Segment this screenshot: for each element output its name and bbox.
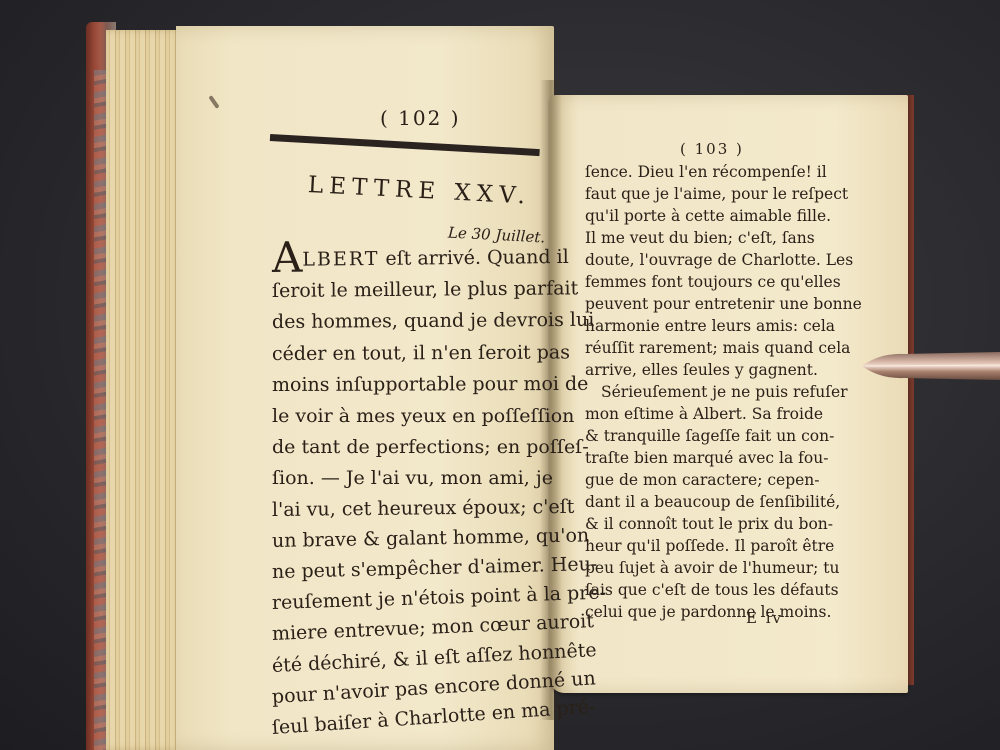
text-line: & il connoît tout le prix du bon- <box>585 513 831 535</box>
right-page-body: ſence. Dieu l'en récompenſe! il faut que… <box>585 161 831 623</box>
left-page-body: ALBERT eſt arrivé. Quand il ſeroit le me… <box>272 245 544 744</box>
first-word-rest: LBERT <box>302 248 379 271</box>
text-line: de tant de perfections; en poſſeſ- <box>272 432 544 463</box>
right-page-number: ( 103 ) <box>680 140 744 158</box>
text-line: traſte bien marqué avec la fou- <box>585 447 831 469</box>
text-line: & tranquille ſageſſe fait un con- <box>585 425 831 447</box>
metal-pointer-icon <box>862 349 1000 383</box>
text-line: ALBERT eſt arrivé. Quand il <box>272 242 544 276</box>
text-line: le voir à mes yeux en poſſeſſion <box>272 401 544 432</box>
text-line: arrive, elles ſeules y gagnent. <box>585 359 831 381</box>
text-line: Il me veut du bien; c'eſt, ſans <box>585 227 831 249</box>
text-line: réuſſit rarement; mais quand cela <box>585 337 831 359</box>
text-line: gue de mon caractere; cepen- <box>585 469 831 491</box>
text-line: ſais que c'eſt de tous les défauts <box>585 579 831 601</box>
text-line: peuvent pour entretenir une bonne <box>585 293 831 315</box>
text-line: mon eſtime à Albert. Sa froide <box>585 403 831 425</box>
text-line: céder en tout, il n'en ſeroit pas <box>272 337 544 370</box>
text-line: faut que je l'aime, pour le reſpect <box>585 183 831 205</box>
text-line: qu'il porte à cette aimable fille. <box>585 205 831 227</box>
photo-scene: ( 102 ) LETTRE XXV. Le 30 Juillet. ALBER… <box>0 0 1000 750</box>
text-line: doute, l'ouvrage de Charlotte. Les <box>585 249 831 271</box>
text-line: celui que je pardonne le moins. <box>585 601 831 623</box>
text-line: l'ai vu, cet heureux époux; c'eſt <box>272 492 544 526</box>
signature-mark: E iv <box>746 609 783 627</box>
text-line: ſion. — Je l'ai vu, mon ami, je <box>272 463 544 494</box>
text-line: moins inſupportable pour moi de <box>272 369 544 401</box>
text-line: peu ſujet à avoir de l'humeur; tu <box>585 557 831 579</box>
drop-cap: A <box>272 233 303 282</box>
text-line: harmonie entre leurs amis: cela <box>585 315 831 337</box>
text-line: des hommes, quand je devrois lui <box>272 306 544 339</box>
text-line: ſeroit le meilleur, le plus parfait <box>272 274 544 308</box>
text-line: heur qu'il poſſede. Il paroît être <box>585 535 831 557</box>
page-block-edges <box>106 30 182 750</box>
text-line: ſence. Dieu l'en récompenſe! il <box>585 161 831 183</box>
text-line: dant il a beaucoup de ſenſibilité, <box>585 491 831 513</box>
left-page-number: ( 102 ) <box>380 106 461 130</box>
text-line: femmes font toujours ce qu'elles <box>585 271 831 293</box>
text-line: Sérieuſement je ne puis refuſer <box>585 381 831 403</box>
